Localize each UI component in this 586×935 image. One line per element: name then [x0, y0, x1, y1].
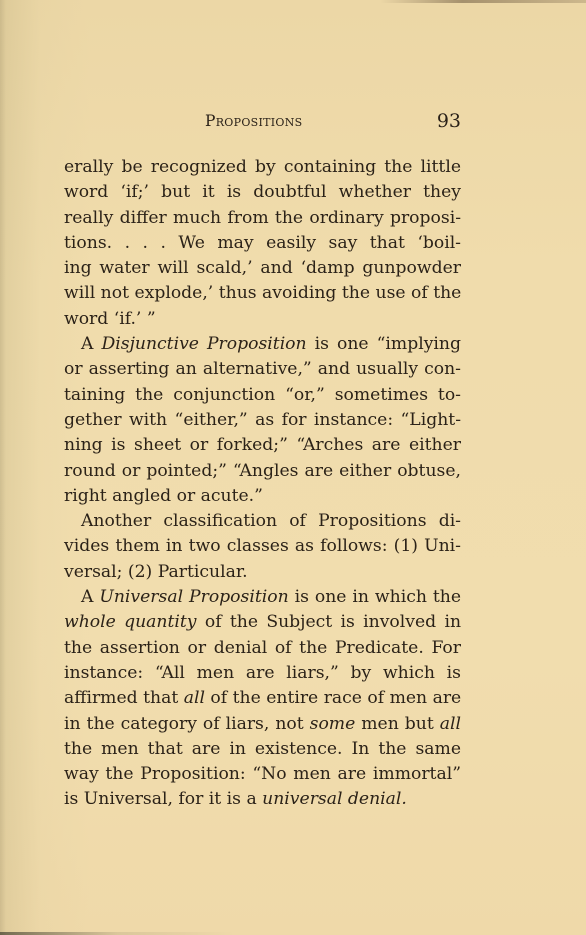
page-top-edge-shadow: [380, 0, 586, 3]
text-line: erally be recognized by containing the l…: [64, 155, 461, 180]
text-segment: or asserting an alternative,” and usuall…: [64, 359, 461, 379]
italic-text-segment: whole quantity: [64, 612, 197, 632]
text-line: round or pointed;” “Angles are either ob…: [64, 459, 461, 484]
text-segment: the men that are in existence. In the sa…: [64, 739, 461, 759]
text-segment: of the Subject is involved in: [197, 612, 461, 632]
running-title: Propositions: [205, 112, 303, 130]
text-segment: versal; (2) Particular.: [64, 562, 248, 582]
italic-text-segment: some: [310, 714, 356, 734]
text-line: is Universal, for it is a universal deni…: [64, 787, 461, 812]
book-page: Propositions 93 erally be recognized by …: [0, 0, 586, 935]
text-line: or asserting an alternative,” and usuall…: [64, 357, 461, 382]
text-segment: A: [81, 587, 99, 607]
text-segment: A: [81, 334, 101, 354]
text-segment: ning is sheet or forked;” “Arches are ei…: [64, 435, 461, 455]
text-line: A Disjunctive Proposition is one “implyi…: [64, 332, 461, 357]
text-line: ing water will scald,’ and ‘damp gunpowd…: [64, 256, 461, 281]
text-segment: is one “implying: [307, 334, 461, 354]
text-segment: gether with “either,” as for instance: “…: [64, 410, 461, 430]
text-line: whole quantity of the Subject is involve…: [64, 610, 461, 635]
text-segment: way the Proposition: “No men are immorta…: [64, 764, 461, 784]
text-segment: really differ much from the ordinary pro…: [64, 208, 461, 228]
italic-text-segment: all: [184, 688, 205, 708]
text-line: tions. . . . We may easily say that ‘boi…: [64, 231, 461, 256]
text-segment: affirmed that: [64, 688, 184, 708]
text-segment: word ‘if;’ but it is doubtful whether th…: [64, 182, 461, 202]
body-text: erally be recognized by containing the l…: [64, 155, 461, 813]
text-line: word ‘if.’ ”: [64, 307, 461, 332]
text-line: right angled or acute.”: [64, 484, 461, 509]
text-segment: round or pointed;” “Angles are either ob…: [64, 461, 461, 481]
text-segment: tions. . . . We may easily say that ‘boi…: [64, 233, 461, 253]
italic-text-segment: all: [440, 714, 461, 734]
text-segment: is one in which the: [289, 587, 461, 607]
text-segment: instance: “All men are liars,” by which …: [64, 663, 461, 683]
italic-text-segment: universal denial.: [262, 789, 407, 809]
text-line: instance: “All men are liars,” by which …: [64, 661, 461, 686]
italic-text-segment: Disjunctive Proposition: [101, 334, 306, 354]
text-line: versal; (2) Particular.: [64, 560, 461, 585]
text-line: A Universal Proposition is one in which …: [64, 585, 461, 610]
text-segment: will not explode,’ thus avoiding the use…: [64, 283, 461, 303]
text-line: in the category of liars, not some men b…: [64, 712, 461, 737]
text-line: word ‘if;’ but it is doubtful whether th…: [64, 180, 461, 205]
text-segment: word ‘if.’ ”: [64, 309, 156, 329]
text-line: gether with “either,” as for instance: “…: [64, 408, 461, 433]
text-segment: right angled or acute.”: [64, 486, 263, 506]
text-line: really differ much from the ordinary pro…: [64, 206, 461, 231]
text-line: taining the conjunction “or,” sometimes …: [64, 383, 461, 408]
page-number: 93: [437, 110, 461, 132]
text-segment: ing water will scald,’ and ‘damp gunpowd…: [64, 258, 461, 278]
text-line: vides them in two classes as follows: (1…: [64, 534, 461, 559]
text-line: ning is sheet or forked;” “Arches are ei…: [64, 433, 461, 458]
italic-text-segment: Universal Proposition: [99, 587, 288, 607]
running-header: Propositions 93: [205, 110, 461, 136]
text-segment: in the category of liars, not: [64, 714, 310, 734]
text-segment: is Universal, for it is a: [64, 789, 262, 809]
text-line: Another classification of Propositions d…: [64, 509, 461, 534]
text-segment: vides them in two classes as follows: (1…: [64, 536, 461, 556]
text-segment: taining the conjunction “or,” sometimes …: [64, 385, 461, 405]
text-segment: erally be recognized by containing the l…: [64, 157, 461, 177]
text-line: the assertion or denial of the Predicate…: [64, 636, 461, 661]
text-line: the men that are in existence. In the sa…: [64, 737, 461, 762]
text-line: will not explode,’ thus avoiding the use…: [64, 281, 461, 306]
text-segment: the assertion or denial of the Predicate…: [64, 638, 461, 658]
text-segment: Another classification of Propositions d…: [81, 511, 461, 531]
text-line: affirmed that all of the entire race of …: [64, 686, 461, 711]
text-segment: men but: [355, 714, 439, 734]
text-segment: of the entire race of men are: [205, 688, 461, 708]
text-line: way the Proposition: “No men are immorta…: [64, 762, 461, 787]
